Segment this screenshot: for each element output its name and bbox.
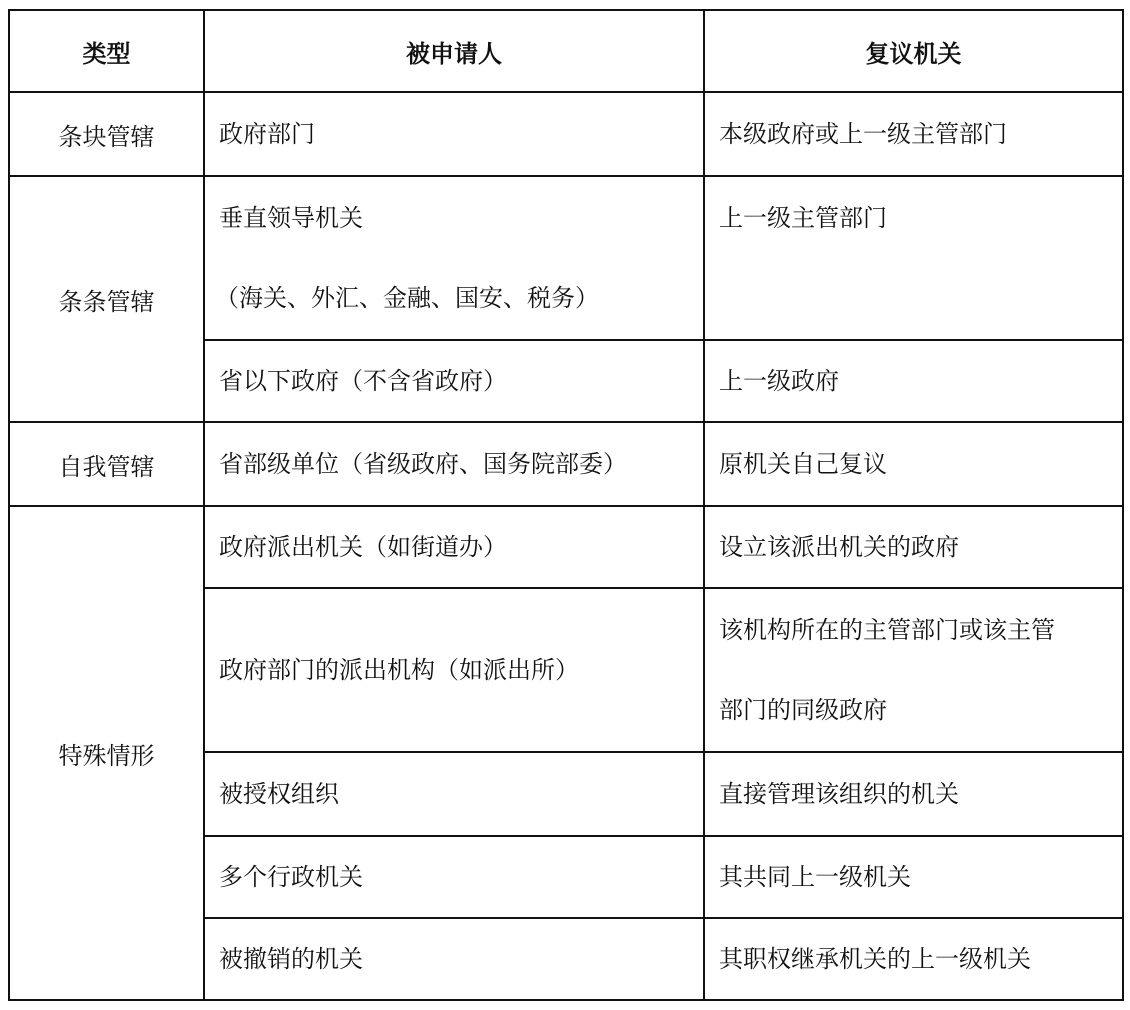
respondent-cell: 政府派出机关（如街道办） [204, 506, 704, 588]
table-row: 条条管辖 垂直领导机关 （海关、外汇、金融、国安、税务） 上一级主管部门 [9, 176, 1123, 340]
respondent-text: 垂直领导机关 [219, 178, 703, 258]
respondent-text: 省部级单位（省级政府、国务院部委） [219, 424, 703, 504]
respondent-cell: 多个行政机关 [204, 836, 704, 918]
respondent-cell: 垂直领导机关 （海关、外汇、金融、国安、税务） [204, 176, 704, 340]
respondent-cell: 政府部门的派出机构（如派出所） [204, 588, 704, 752]
type-cell: 条条管辖 [9, 176, 204, 422]
header-type: 类型 [9, 10, 204, 92]
authority-cell: 该机构所在的主管部门或该主管 部门的同级政府 [704, 588, 1123, 752]
review-authority-table: 类型 被申请人 复议机关 条块管辖 政府部门 本级政府或上一级主管部门 条条管辖… [8, 9, 1124, 1001]
authority-text: 其共同上一级机关 [719, 837, 1122, 917]
respondent-note: （海关、外汇、金融、国安、税务） [215, 258, 703, 338]
authority-cell: 上一级主管部门 [704, 176, 1123, 340]
authority-text: 其职权继承机关的上一级机关 [719, 919, 1122, 999]
respondent-cell: 被授权组织 [204, 752, 704, 836]
authority-cell: 原机关自己复议 [704, 422, 1123, 506]
respondent-text: 省以下政府（不含省政府） [219, 341, 703, 421]
table-row: 自我管辖 省部级单位（省级政府、国务院部委） 原机关自己复议 [9, 422, 1123, 506]
authority-cell: 直接管理该组织的机关 [704, 752, 1123, 836]
table-row: 特殊情形 政府派出机关（如街道办） 设立该派出机关的政府 [9, 506, 1123, 588]
respondent-text: 政府部门 [219, 94, 703, 174]
table-row: 条块管辖 政府部门 本级政府或上一级主管部门 [9, 92, 1123, 176]
authority-text: 直接管理该组织的机关 [719, 754, 1122, 834]
authority-text: 上一级主管部门 [719, 177, 1122, 259]
authority-text: 该机构所在的主管部门或该主管 [719, 590, 1122, 670]
respondent-text: 政府部门的派出机构（如派出所） [219, 630, 703, 710]
respondent-text: 被授权组织 [219, 754, 703, 834]
authority-cell: 设立该派出机关的政府 [704, 506, 1123, 588]
authority-cell: 本级政府或上一级主管部门 [704, 92, 1123, 176]
respondent-text: 被撤销的机关 [219, 919, 703, 999]
authority-cell: 其职权继承机关的上一级机关 [704, 918, 1123, 1000]
authority-text: 设立该派出机关的政府 [719, 507, 1122, 587]
header-row: 类型 被申请人 复议机关 [9, 10, 1123, 92]
type-cell: 特殊情形 [9, 506, 204, 1000]
header-respondent: 被申请人 [204, 10, 704, 92]
header-authority: 复议机关 [704, 10, 1123, 92]
authority-text: 原机关自己复议 [719, 424, 1122, 504]
respondent-cell: 政府部门 [204, 92, 704, 176]
type-cell: 自我管辖 [9, 422, 204, 506]
authority-cell: 上一级政府 [704, 340, 1123, 422]
respondent-cell: 被撤销的机关 [204, 918, 704, 1000]
respondent-text: 政府派出机关（如街道办） [219, 507, 703, 587]
authority-text: 本级政府或上一级主管部门 [719, 94, 1122, 174]
authority-cell: 其共同上一级机关 [704, 836, 1123, 918]
type-cell: 条块管辖 [9, 92, 204, 176]
authority-text: 上一级政府 [719, 341, 1122, 421]
respondent-cell: 省部级单位（省级政府、国务院部委） [204, 422, 704, 506]
respondent-cell: 省以下政府（不含省政府） [204, 340, 704, 422]
respondent-text: 多个行政机关 [219, 837, 703, 917]
authority-text-cont: 部门的同级政府 [719, 670, 1122, 750]
